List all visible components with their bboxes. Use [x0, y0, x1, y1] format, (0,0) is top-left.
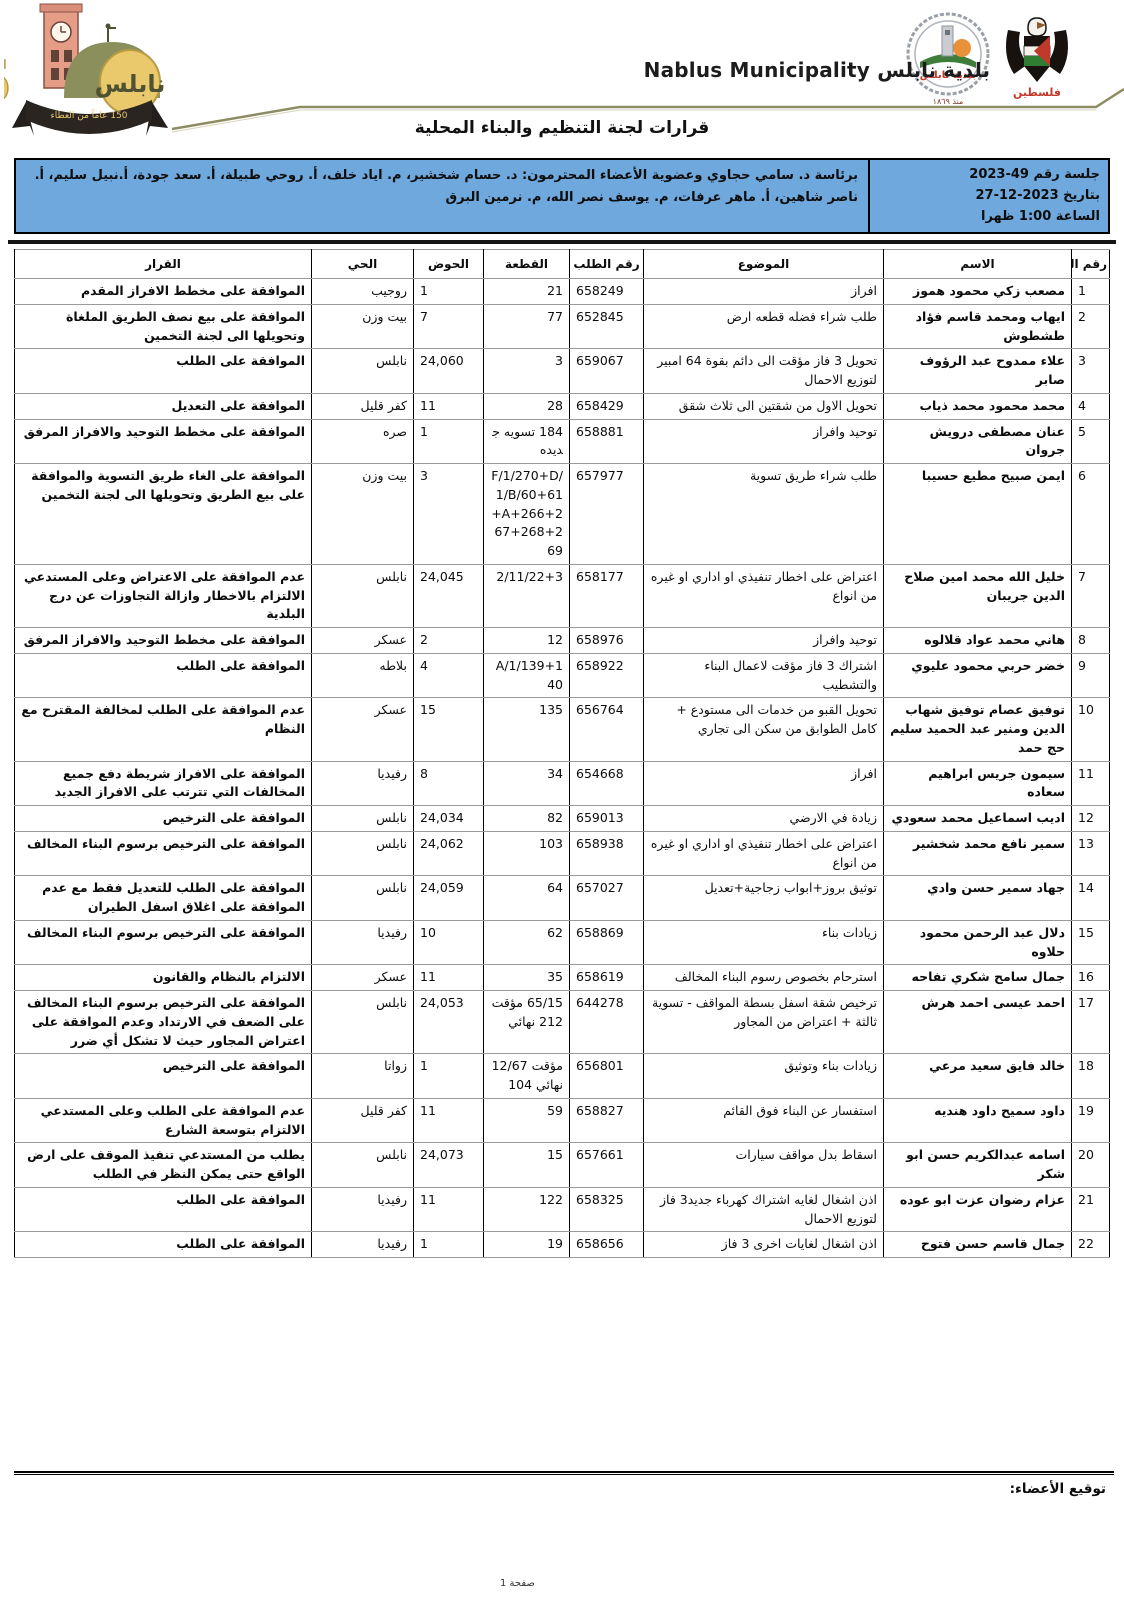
decision-number-cell: 5: [1072, 419, 1110, 464]
decision-number-cell: 16: [1072, 965, 1110, 991]
table-row: 19داود سميح داود هنديهاستفسار عن البناء …: [15, 1098, 1110, 1143]
decision-number-cell: 17: [1072, 991, 1110, 1054]
parcel-cell: مؤقت 12/67 نهائي 104: [484, 1054, 570, 1099]
decision-number-cell: 4: [1072, 393, 1110, 419]
decision-number-cell: 21: [1072, 1187, 1110, 1232]
page-title: قرارات لجنة التنظيم والبناء المحلية: [0, 118, 1124, 138]
basin-cell: 24,062: [414, 831, 484, 876]
palestine-eagle-emblem-icon: فلسطين: [998, 12, 1076, 102]
subject-cell: زيادات بناء: [644, 920, 884, 965]
request-number-cell: 658656: [570, 1232, 644, 1258]
district-cell: عسكر: [312, 965, 414, 991]
decision-number-cell: 13: [1072, 831, 1110, 876]
request-number-cell: 656801: [570, 1054, 644, 1099]
table-row: 8هاني محمد عواد قلالوهتوحيد وافراز658976…: [15, 628, 1110, 654]
decision-number-cell: 11: [1072, 761, 1110, 806]
request-number-cell: 658619: [570, 965, 644, 991]
parcel-cell: 15: [484, 1143, 570, 1188]
col-header-parcel: القطعة: [484, 250, 570, 279]
decision-cell: يطلب من المستدعي تنفيذ الموقف على ارض ال…: [15, 1143, 312, 1188]
applicant-name-cell: عنان مصطفى درويش جروان: [884, 419, 1072, 464]
request-number-cell: 658869: [570, 920, 644, 965]
basin-cell: 11: [414, 1187, 484, 1232]
basin-cell: 1: [414, 279, 484, 305]
col-header-decision: القرار: [15, 250, 312, 279]
table-row: 13سمير نافع محمد شخشيراعتراض على اخطار ت…: [15, 831, 1110, 876]
subject-cell: افراز: [644, 279, 884, 305]
basin-cell: 2: [414, 628, 484, 654]
session-info-box: جلسة رقم 49-2023 بتاريخ 2023-12-27 الساع…: [14, 158, 1110, 234]
request-number-cell: 656764: [570, 698, 644, 761]
applicant-name-cell: ايهاب ومحمد قاسم فؤاد طشطوش: [884, 304, 1072, 349]
applicant-name-cell: علاء ممدوح عبد الرؤوف صابر: [884, 349, 1072, 394]
applicant-name-cell: اسامه عبدالكريم حسن ابو شكر: [884, 1143, 1072, 1188]
session-attendees: برئاسة د. سامي حجاوي وعضوية الأعضاء المح…: [16, 160, 868, 232]
decision-cell: الموافقة على الغاء طريق التسوية والموافق…: [15, 464, 312, 565]
decision-cell: عدم الموافقة على الطلب لمخالفة المقترح م…: [15, 698, 312, 761]
request-number-cell: 657027: [570, 876, 644, 921]
parcel-cell: 64: [484, 876, 570, 921]
district-cell: نابلس: [312, 564, 414, 627]
basin-cell: 24,034: [414, 806, 484, 832]
decision-cell: الموافقة على مخطط التوحيد والافراز المرف…: [15, 628, 312, 654]
decision-cell: الالتزام بالنظام والقانون: [15, 965, 312, 991]
request-number-cell: 654668: [570, 761, 644, 806]
applicant-name-cell: سمير نافع محمد شخشير: [884, 831, 1072, 876]
subject-cell: توحيد وافراز: [644, 419, 884, 464]
decision-cell: الموافقة على مخطط الافراز المقدم: [15, 279, 312, 305]
basin-cell: 24,059: [414, 876, 484, 921]
decision-cell: الموافقة على مخطط التوحيد والافراز المرف…: [15, 419, 312, 464]
applicant-name-cell: خالد فايق سعيد مرعي: [884, 1054, 1072, 1099]
request-number-cell: 658881: [570, 419, 644, 464]
request-number-cell: 658429: [570, 393, 644, 419]
col-header-name: الاسم: [884, 250, 1072, 279]
decision-cell: الموافقة على الطلب للتعديل فقط مع عدم ال…: [15, 876, 312, 921]
applicant-name-cell: عزام رضوان عزت ابو عوده: [884, 1187, 1072, 1232]
table-body: 1مصعب زكي محمود هموزافراز658249211روجيبا…: [15, 279, 1110, 1258]
basin-cell: 7: [414, 304, 484, 349]
subject-cell: تحويل 3 فاز مؤقت الى دائم بقوة 64 امبير …: [644, 349, 884, 394]
district-cell: نابلس: [312, 806, 414, 832]
applicant-name-cell: داود سميح داود هنديه: [884, 1098, 1072, 1143]
table-row: 20اسامه عبدالكريم حسن ابو شكراسقاط بدل م…: [15, 1143, 1110, 1188]
col-header-district: الحي: [312, 250, 414, 279]
parcel-cell: 77: [484, 304, 570, 349]
document-page: 15 نابلس 150 عاماً من العطاء بلدية نابلس…: [0, 0, 1124, 1600]
decision-cell: الموافقة على الترخيص: [15, 1054, 312, 1099]
municipality-wordmark: Nablus Municipality بلدية نابلس: [644, 58, 990, 82]
district-cell: رفيديا: [312, 1232, 414, 1258]
request-number-cell: 658827: [570, 1098, 644, 1143]
decision-number-cell: 9: [1072, 653, 1110, 698]
district-cell: نابلس: [312, 349, 414, 394]
basin-cell: 10: [414, 920, 484, 965]
table-top-rule: [8, 240, 1116, 244]
session-date: بتاريخ 2023-12-27: [874, 186, 1100, 207]
parcel-cell: 135: [484, 698, 570, 761]
basin-cell: 15: [414, 698, 484, 761]
request-number-cell: 658976: [570, 628, 644, 654]
subject-cell: توحيد وافراز: [644, 628, 884, 654]
subject-cell: طلب شراء فضله قطعه ارض: [644, 304, 884, 349]
decision-number-cell: 12: [1072, 806, 1110, 832]
district-cell: نابلس: [312, 831, 414, 876]
table-header-row: رقم القرار الاسم الموضوع رقم الطلب القطع…: [15, 250, 1110, 279]
request-number-cell: 658249: [570, 279, 644, 305]
applicant-name-cell: هاني محمد عواد قلالوه: [884, 628, 1072, 654]
parcel-cell: 122: [484, 1187, 570, 1232]
svg-text:نابلس: نابلس: [95, 70, 166, 98]
subject-cell: اعتراض على اخطار تنفيذي او اداري او غيره…: [644, 564, 884, 627]
district-cell: نابلس: [312, 1143, 414, 1188]
col-header-request-number: رقم الطلب: [570, 250, 644, 279]
decision-cell: الموافقة على الافراز شريطة دفع جميع المخ…: [15, 761, 312, 806]
request-number-cell: 657977: [570, 464, 644, 565]
table-row: 3علاء ممدوح عبد الرؤوف صابرتحويل 3 فاز م…: [15, 349, 1110, 394]
decision-cell: الموافقة على الترخيص برسوم البناء المخال…: [15, 991, 312, 1054]
session-meta: جلسة رقم 49-2023 بتاريخ 2023-12-27 الساع…: [868, 160, 1108, 232]
applicant-name-cell: جمال سامح شكري تفاحه: [884, 965, 1072, 991]
basin-cell: 24,060: [414, 349, 484, 394]
parcel-cell: 34: [484, 761, 570, 806]
district-cell: بلاطه: [312, 653, 414, 698]
decision-number-cell: 6: [1072, 464, 1110, 565]
table-row: 5عنان مصطفى درويش جروانتوحيد وافراز65888…: [15, 419, 1110, 464]
page-number-label: صفحة 1: [500, 1578, 535, 1589]
footer-double-rule: [14, 1471, 1114, 1475]
municipality-name-ar: بلدية نابلس: [877, 58, 990, 82]
applicant-name-cell: احمد عيسى احمد هرش: [884, 991, 1072, 1054]
table-row: 10توفيق عصام توفيق شهاب الدين ومنير عبد …: [15, 698, 1110, 761]
parcel-cell: 19: [484, 1232, 570, 1258]
document-header: 15 نابلس 150 عاماً من العطاء بلدية نابلس…: [0, 0, 1124, 150]
subject-cell: طلب شراء طريق تسوية: [644, 464, 884, 565]
table-row: 9خضر حربي محمود عليوياشتراك 3 فاز مؤقت ل…: [15, 653, 1110, 698]
applicant-name-cell: جهاد سمير حسن وادي: [884, 876, 1072, 921]
decision-cell: الموافقة على الطلب: [15, 653, 312, 698]
decision-cell: عدم الموافقة على الطلب وعلى المستدعي الا…: [15, 1098, 312, 1143]
district-cell: نابلس: [312, 876, 414, 921]
col-header-basin: الحوض: [414, 250, 484, 279]
subject-cell: افراز: [644, 761, 884, 806]
applicant-name-cell: سيمون جريس ابراهيم سعاده: [884, 761, 1072, 806]
decision-number-cell: 7: [1072, 564, 1110, 627]
decision-number-cell: 14: [1072, 876, 1110, 921]
table-row: 22جمال قاسم حسن فتوحاذن اشغال لغايات اخر…: [15, 1232, 1110, 1258]
eagle-label: فلسطين: [1013, 86, 1061, 99]
parcel-cell: A/1/139+140: [484, 653, 570, 698]
district-cell: روجيب: [312, 279, 414, 305]
district-cell: زواتا: [312, 1054, 414, 1099]
request-number-cell: 658922: [570, 653, 644, 698]
parcel-cell: 59: [484, 1098, 570, 1143]
request-number-cell: 659067: [570, 349, 644, 394]
district-cell: بيت وزن: [312, 304, 414, 349]
session-number: جلسة رقم 49-2023: [874, 165, 1100, 186]
col-header-subject: الموضوع: [644, 250, 884, 279]
decision-number-cell: 8: [1072, 628, 1110, 654]
basin-cell: 8: [414, 761, 484, 806]
table-row: 12اديب اسماعيل محمد سعوديزيادة في الارضي…: [15, 806, 1110, 832]
decision-number-cell: 20: [1072, 1143, 1110, 1188]
district-cell: رفيديا: [312, 761, 414, 806]
district-cell: عسكر: [312, 628, 414, 654]
table-row: 6ايمن صبيح مطيع حسيباطلب شراء طريق تسوية…: [15, 464, 1110, 565]
request-number-cell: 658938: [570, 831, 644, 876]
decision-cell: الموافقة على التعديل: [15, 393, 312, 419]
table-row: 14جهاد سمير حسن واديتوثيق بروز+ابواب زجا…: [15, 876, 1110, 921]
applicant-name-cell: جمال قاسم حسن فتوح: [884, 1232, 1072, 1258]
table-row: 21عزام رضوان عزت ابو عودهاذن اشغال لغايه…: [15, 1187, 1110, 1232]
basin-cell: 4: [414, 653, 484, 698]
decision-number-cell: 19: [1072, 1098, 1110, 1143]
parcel-cell: 65/15 مؤقت 212 نهائي: [484, 991, 570, 1054]
basin-cell: 1: [414, 419, 484, 464]
request-number-cell: 652845: [570, 304, 644, 349]
subject-cell: استفسار عن البناء فوق القائم: [644, 1098, 884, 1143]
basin-cell: 11: [414, 1098, 484, 1143]
table-row: 1مصعب زكي محمود هموزافراز658249211روجيبا…: [15, 279, 1110, 305]
applicant-name-cell: خليل الله محمد امين صلاح الدين جريبان: [884, 564, 1072, 627]
municipality-name-en: Nablus Municipality: [644, 58, 870, 82]
basin-cell: 24,045: [414, 564, 484, 627]
table-row: 16جمال سامح شكري تفاحهاسترحام بخصوص رسوم…: [15, 965, 1110, 991]
district-cell: عسكر: [312, 698, 414, 761]
parcel-cell: F/1/270+D/1/B/60+61+A+266+267+268+269: [484, 464, 570, 565]
subject-cell: توثيق بروز+ابواب زجاجية+تعديل: [644, 876, 884, 921]
subject-cell: اعتراض على اخطار تنفيذي او اداري او غيره…: [644, 831, 884, 876]
decision-cell: الموافقة على الطلب: [15, 349, 312, 394]
request-number-cell: 657661: [570, 1143, 644, 1188]
parcel-cell: 21: [484, 279, 570, 305]
request-number-cell: 659013: [570, 806, 644, 832]
subject-cell: اذن اشغال لغايه اشتراك كهرباء جديد3 فاز …: [644, 1187, 884, 1232]
parcel-cell: 3: [484, 349, 570, 394]
parcel-cell: 184 تسويه جديده: [484, 419, 570, 464]
decision-number-cell: 1: [1072, 279, 1110, 305]
basin-cell: 1: [414, 1054, 484, 1099]
parcel-cell: 35: [484, 965, 570, 991]
decision-cell: عدم الموافقة على الاعتراض وعلى المستدعي …: [15, 564, 312, 627]
subject-cell: تحويل الاول من شقتين الى ثلاث شقق: [644, 393, 884, 419]
decision-cell: الموافقة على الطلب: [15, 1232, 312, 1258]
table-row: 2ايهاب ومحمد قاسم فؤاد طشطوشطلب شراء فضل…: [15, 304, 1110, 349]
decision-number-cell: 3: [1072, 349, 1110, 394]
district-cell: رفيديا: [312, 1187, 414, 1232]
decision-number-cell: 22: [1072, 1232, 1110, 1258]
district-cell: صره: [312, 419, 414, 464]
district-cell: نابلس: [312, 991, 414, 1054]
decision-cell: الموافقة على بيع نصف الطريق الملغاة وتحو…: [15, 304, 312, 349]
table-row: 18خالد فايق سعيد مرعيزيادات بناء وتوثيق6…: [15, 1054, 1110, 1099]
decision-cell: الموافقة على الطلب: [15, 1187, 312, 1232]
applicant-name-cell: دلال عبد الرحمن محمود حلاوه: [884, 920, 1072, 965]
applicant-name-cell: محمد محمود محمد ذياب: [884, 393, 1072, 419]
session-time: الساعة 1:00 ظهرا: [874, 207, 1100, 228]
table-row: 4محمد محمود محمد ذيابتحويل الاول من شقتي…: [15, 393, 1110, 419]
applicant-name-cell: اديب اسماعيل محمد سعودي: [884, 806, 1072, 832]
basin-cell: 1: [414, 1232, 484, 1258]
decision-cell: الموافقة على الترخيص برسوم البناء المخال…: [15, 831, 312, 876]
applicant-name-cell: توفيق عصام توفيق شهاب الدين ومنير عبد ال…: [884, 698, 1072, 761]
table-row: 17احمد عيسى احمد هرشترخيص شقة اسفل بسطة …: [15, 991, 1110, 1054]
basin-cell: 11: [414, 393, 484, 419]
subject-cell: ترخيص شقة اسفل بسطة المواقف - تسوية ثالث…: [644, 991, 884, 1054]
district-cell: رفيديا: [312, 920, 414, 965]
parcel-cell: 62: [484, 920, 570, 965]
col-header-decision-number: رقم القرار: [1072, 250, 1110, 279]
decisions-table-wrap: رقم القرار الاسم الموضوع رقم الطلب القطع…: [14, 249, 1110, 1258]
parcel-cell: 2/11/22+3: [484, 564, 570, 627]
request-number-cell: 658177: [570, 564, 644, 627]
subject-cell: اسقاط بدل مواقف سيارات: [644, 1143, 884, 1188]
decision-number-cell: 10: [1072, 698, 1110, 761]
table-row: 15دلال عبد الرحمن محمود حلاوهزيادات بناء…: [15, 920, 1110, 965]
basin-cell: 3: [414, 464, 484, 565]
svg-text:15: 15: [4, 48, 12, 116]
applicant-name-cell: ايمن صبيح مطيع حسيبا: [884, 464, 1072, 565]
basin-cell: 24,053: [414, 991, 484, 1054]
subject-cell: زيادات بناء وتوثيق: [644, 1054, 884, 1099]
seal-since-text: منذ ١٨٦٩: [933, 97, 964, 106]
table-row: 7خليل الله محمد امين صلاح الدين جريباناع…: [15, 564, 1110, 627]
district-cell: كفر قليل: [312, 393, 414, 419]
decision-number-cell: 18: [1072, 1054, 1110, 1099]
district-cell: كفر قليل: [312, 1098, 414, 1143]
subject-cell: زيادة في الارضي: [644, 806, 884, 832]
decision-number-cell: 2: [1072, 304, 1110, 349]
basin-cell: 11: [414, 965, 484, 991]
subject-cell: اذن اشغال لغايات اخرى 3 فاز: [644, 1232, 884, 1258]
subject-cell: تحويل القبو من خدمات الى مستودع + كامل ا…: [644, 698, 884, 761]
members-signature-label: توقيع الأعضاء:: [1010, 1481, 1106, 1497]
table-row: 11سيمون جريس ابراهيم سعادهافراز654668348…: [15, 761, 1110, 806]
request-number-cell: 658325: [570, 1187, 644, 1232]
subject-cell: اشتراك 3 فاز مؤقت لاعمال البناء والتشطيب: [644, 653, 884, 698]
request-number-cell: 644278: [570, 991, 644, 1054]
parcel-cell: 12: [484, 628, 570, 654]
decision-cell: الموافقة على الترخيص: [15, 806, 312, 832]
applicant-name-cell: خضر حربي محمود عليوي: [884, 653, 1072, 698]
subject-cell: استرحام بخصوص رسوم البناء المخالف: [644, 965, 884, 991]
parcel-cell: 82: [484, 806, 570, 832]
decision-cell: الموافقة على الترخيص برسوم البناء المخال…: [15, 920, 312, 965]
parcel-cell: 28: [484, 393, 570, 419]
district-cell: بيت وزن: [312, 464, 414, 565]
parcel-cell: 103: [484, 831, 570, 876]
applicant-name-cell: مصعب زكي محمود هموز: [884, 279, 1072, 305]
basin-cell: 24,073: [414, 1143, 484, 1188]
decision-number-cell: 15: [1072, 920, 1110, 965]
decisions-table: رقم القرار الاسم الموضوع رقم الطلب القطع…: [14, 249, 1110, 1258]
